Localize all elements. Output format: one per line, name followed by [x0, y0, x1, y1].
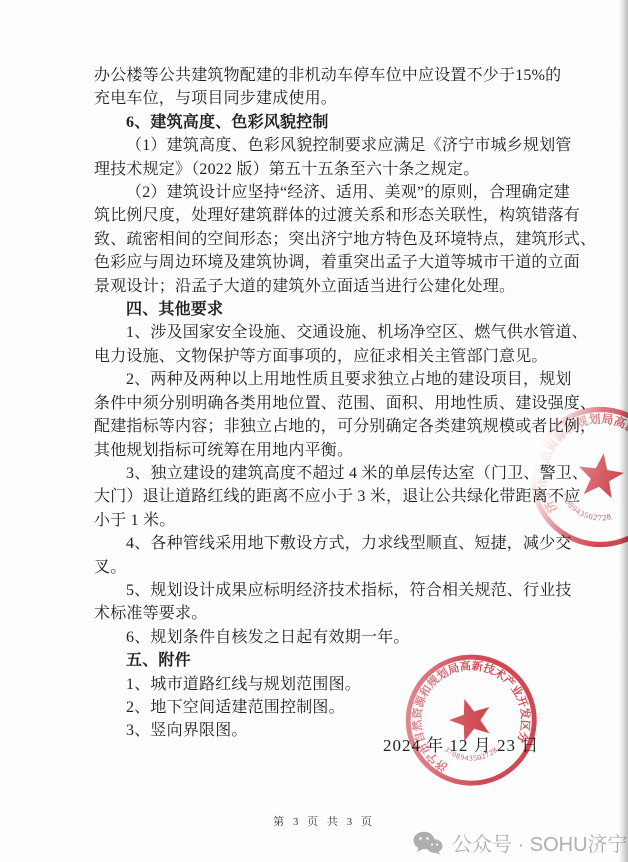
svg-text:3708943502728: 3708943502728	[441, 730, 500, 772]
text-line: （2）建筑设计应坚持“经济、适用、美观”的原则，合理确定建	[94, 181, 554, 204]
text-line: 叉。	[94, 556, 554, 579]
text-line: 大门）退让道路红线的距离不应小于 3 米，退让公共绿化带距离不应	[94, 485, 554, 508]
edge-seal-partial: 济宁市自然资源和规划局高新技术产业开发区分局 3708943502728	[515, 392, 628, 566]
text-line: 充电车位，与项目同步建成使用。	[94, 87, 554, 110]
section-heading: 6、建筑高度、色彩风貌控制	[94, 111, 554, 134]
text-line: （1）建筑高度、色彩风貌控制要求应满足《济宁市城乡规划管	[94, 134, 554, 157]
text-line: 配建指标等内容；非独立占地的，可分别确定各类建筑规模或者比例，	[94, 415, 554, 438]
text-line: 条件中须分别明确各类用地位置、范围、面积、用地性质、建设强度、	[94, 392, 554, 415]
page-number: 第 3 页 共 3 页	[94, 813, 554, 829]
text-line: 致、疏密相间的空间形态；突出济宁地方特色及环境特点，建筑形式、	[94, 228, 554, 251]
watermark-label: 公众号 · SOHU济宁	[452, 828, 628, 857]
text-line: 电力设施、文物保护等方面事项的，应征求相关主管部门意见。	[94, 345, 554, 368]
star-icon	[575, 450, 626, 499]
watermark: 公众号 · SOHU济宁	[413, 828, 628, 857]
text-line: 理技术规定》（2022 版）第五十五条至六十条之规定。	[94, 158, 554, 181]
text-line: 办公楼等公共建筑物配建的非机动车停车位中应设置不少于15%的	[94, 64, 554, 87]
star-icon	[444, 692, 497, 744]
text-line: 色彩应与周边环境及建筑协调，着重突出孟子大道等城市干道的立面	[94, 251, 554, 274]
text-line: 景观设计；沿孟子大道的建筑外立面适当进行公建化处理。	[94, 275, 554, 298]
text-line: 1、涉及国家安全设施、交通设施、机场净空区、燃气供水管道、	[94, 321, 554, 344]
svg-text:3708943502728: 3708943502728	[555, 489, 616, 524]
seal-serial-number: 3708943502728	[441, 730, 500, 772]
wechat-icon	[413, 831, 443, 855]
edge-seal-graphic: 济宁市自然资源和规划局高新技术产业开发区分局 3708943502728	[516, 392, 628, 561]
text-line: 5、规划设计成果应标明经济技术指标，符合相关规范、行业技	[94, 579, 554, 602]
text-line: 3、独立建设的建筑高度不超过 4 米的单层传达室（门卫、警卫、	[94, 462, 554, 485]
section-heading: 四、其他要求	[94, 298, 554, 321]
text-line: 其他规划指标可统筹在用地内平衡。	[94, 439, 554, 462]
text-line: 4、各种管线采用地下敷设方式，力求线型顺直、短捷，减少交	[94, 532, 554, 555]
text-line: 2、两种及两种以上用地性质且要求独立占地的建设项目，规划	[94, 368, 554, 391]
text-line: 术标准等要求。	[94, 602, 554, 625]
text-line: 小于 1 米。	[94, 509, 554, 532]
text-line: 筑比例尺度，处理好建筑群体的过渡关系和形态关联性，构筑错落有	[94, 204, 554, 227]
document-page: 办公楼等公共建筑物配建的非机动车停车位中应设置不少于15%的充电车位，与项目同步…	[0, 0, 628, 862]
seal-serial-number: 3708943502728	[555, 489, 616, 524]
